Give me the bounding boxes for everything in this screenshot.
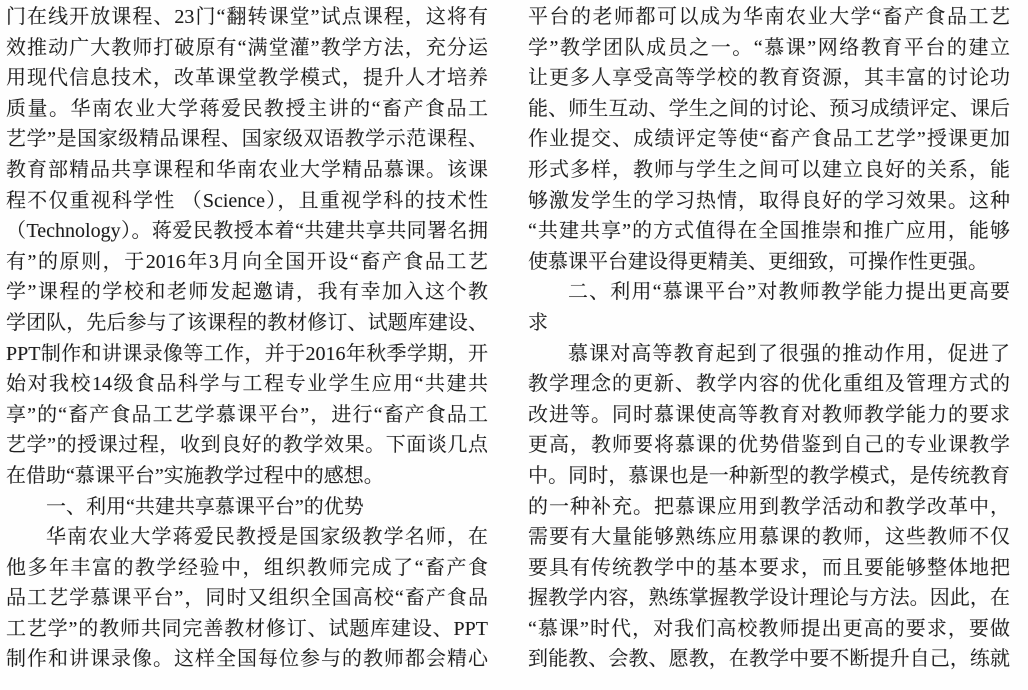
text-line: 程不仅重视科学性 （Science），且重视学科的技术性 <box>6 186 488 217</box>
text-line: 更高，教师要将慕课的优势借鉴到自己的专业课教学 <box>528 430 1010 461</box>
text-line: 慕课对高等教育起到了很强的推动作用，促进了 <box>528 339 1010 370</box>
text-line: 中。同时，慕课也是一种新型的教学模式，是传统教育 <box>528 461 1010 492</box>
text-line: 学团队，先后参与了该课程的教材修订、试题库建设、 <box>6 308 488 339</box>
text-line: 二、利用“慕课平台”对教师教学能力提出更高要 <box>528 277 1010 308</box>
text-line: 作业提交、成绩评定等使“畜产食品工艺学”授课更加 <box>528 124 1010 155</box>
text-line: 让更多人享受高等学校的教育资源，其丰富的讨论功 <box>528 63 1010 94</box>
text-line: 华南农业大学蒋爱民教授是国家级教学名师，在 <box>6 522 488 553</box>
text-line: 有”的原则，于2016年3月向全国开设“畜产食品工艺 <box>6 247 488 278</box>
text-line: 平台的老师都可以成为华南农业大学“畜产食品工艺 <box>528 2 1010 33</box>
text-line: “共建共享”的方式值得在全国推崇和推广应用，能够 <box>528 216 1010 247</box>
text-line: 够激发学生的学习热情，取得良好的学习效果。这种 <box>528 186 1010 217</box>
text-line: 的一种补充。把慕课应用到教学活动和教学改革中， <box>528 492 1010 523</box>
text-line: 改进等。同时慕课使高等教育对教师教学能力的要求 <box>528 400 1010 431</box>
text-line: 质量。华南农业大学蒋爱民教授主讲的“畜产食品工 <box>6 94 488 125</box>
text-line: 工艺学”的教师共同完善教材修订、试题库建设、PPT <box>6 614 488 645</box>
text-line: 艺学”是国家级精品课程、国家级双语教学示范课程、 <box>6 124 488 155</box>
text-line: 要具有传统教学中的基本要求，而且要能够整体地把 <box>528 553 1010 584</box>
text-column-right: 平台的老师都可以成为华南农业大学“畜产食品工艺学”教学团队成员之一。“慕课”网络… <box>528 2 1010 675</box>
text-line: （Technology）。蒋爱民教授本着“共建共享共同署名拥 <box>6 216 488 247</box>
text-line: PPT制作和讲课录像等工作，并于2016年秋季学期，开 <box>6 339 488 370</box>
text-column-left: 门在线开放课程、23门“翻转课堂”试点课程，这将有效推动广大教师打破原有“满堂灌… <box>6 2 488 675</box>
text-line: 始对我校14级食品科学与工程专业学生应用“共建共 <box>6 369 488 400</box>
text-line: 教育部精品共享课程和华南农业大学精品慕课。该课 <box>6 155 488 186</box>
text-line: 他多年丰富的教学经验中，组织教师完成了“畜产食 <box>6 553 488 584</box>
text-line: 一、利用“共建共享慕课平台”的优势 <box>6 492 488 523</box>
text-line: 效推动广大教师打破原有“满堂灌”教学方法，充分运 <box>6 33 488 64</box>
text-line: 品工艺学慕课平台”，同时又组织全国高校“畜产食品 <box>6 583 488 614</box>
text-line: “慕课”时代，对我们高校教师提出更高的要求，要做 <box>528 614 1010 645</box>
text-line: 形式多样，教师与学生之间可以建立良好的关系，能 <box>528 155 1010 186</box>
text-line: 学”课程的学校和老师发起邀请，我有幸加入这个教 <box>6 277 488 308</box>
text-line: 门在线开放课程、23门“翻转课堂”试点课程，这将有 <box>6 2 488 33</box>
text-line: 在借助“慕课平台”实施教学过程中的感想。 <box>6 461 488 492</box>
scanned-document-page: 门在线开放课程、23门“翻转课堂”试点课程，这将有效推动广大教师打破原有“满堂灌… <box>0 0 1028 690</box>
text-line: 艺学”的授课过程，收到良好的教学效果。下面谈几点 <box>6 430 488 461</box>
text-line: 能、师生互动、学生之间的讨论、预习成绩评定、课后 <box>528 94 1010 125</box>
text-line: 握教学内容，熟练掌握教学设计理论与方法。因此，在 <box>528 583 1010 614</box>
text-line: 制作和讲课录像。这样全国每位参与的教师都会精心 <box>6 644 488 675</box>
text-line: 到能教、会教、愿教，在教学中要不断提升自己，练就 <box>528 644 1010 675</box>
text-line: 求 <box>528 308 1010 339</box>
text-line: 用现代信息技术，改革课堂教学模式，提升人才培养 <box>6 63 488 94</box>
text-line: 需要有大量能够熟练应用慕课的教师，这些教师不仅 <box>528 522 1010 553</box>
text-line: 教学理念的更新、教学内容的优化重组及管理方式的 <box>528 369 1010 400</box>
text-line: 学”教学团队成员之一。“慕课”网络教育平台的建立 <box>528 33 1010 64</box>
text-line: 享”的“畜产食品工艺学慕课平台”，进行“畜产食品工 <box>6 400 488 431</box>
text-line: 使慕课平台建设得更精美、更细致，可操作性更强。 <box>528 247 1010 278</box>
